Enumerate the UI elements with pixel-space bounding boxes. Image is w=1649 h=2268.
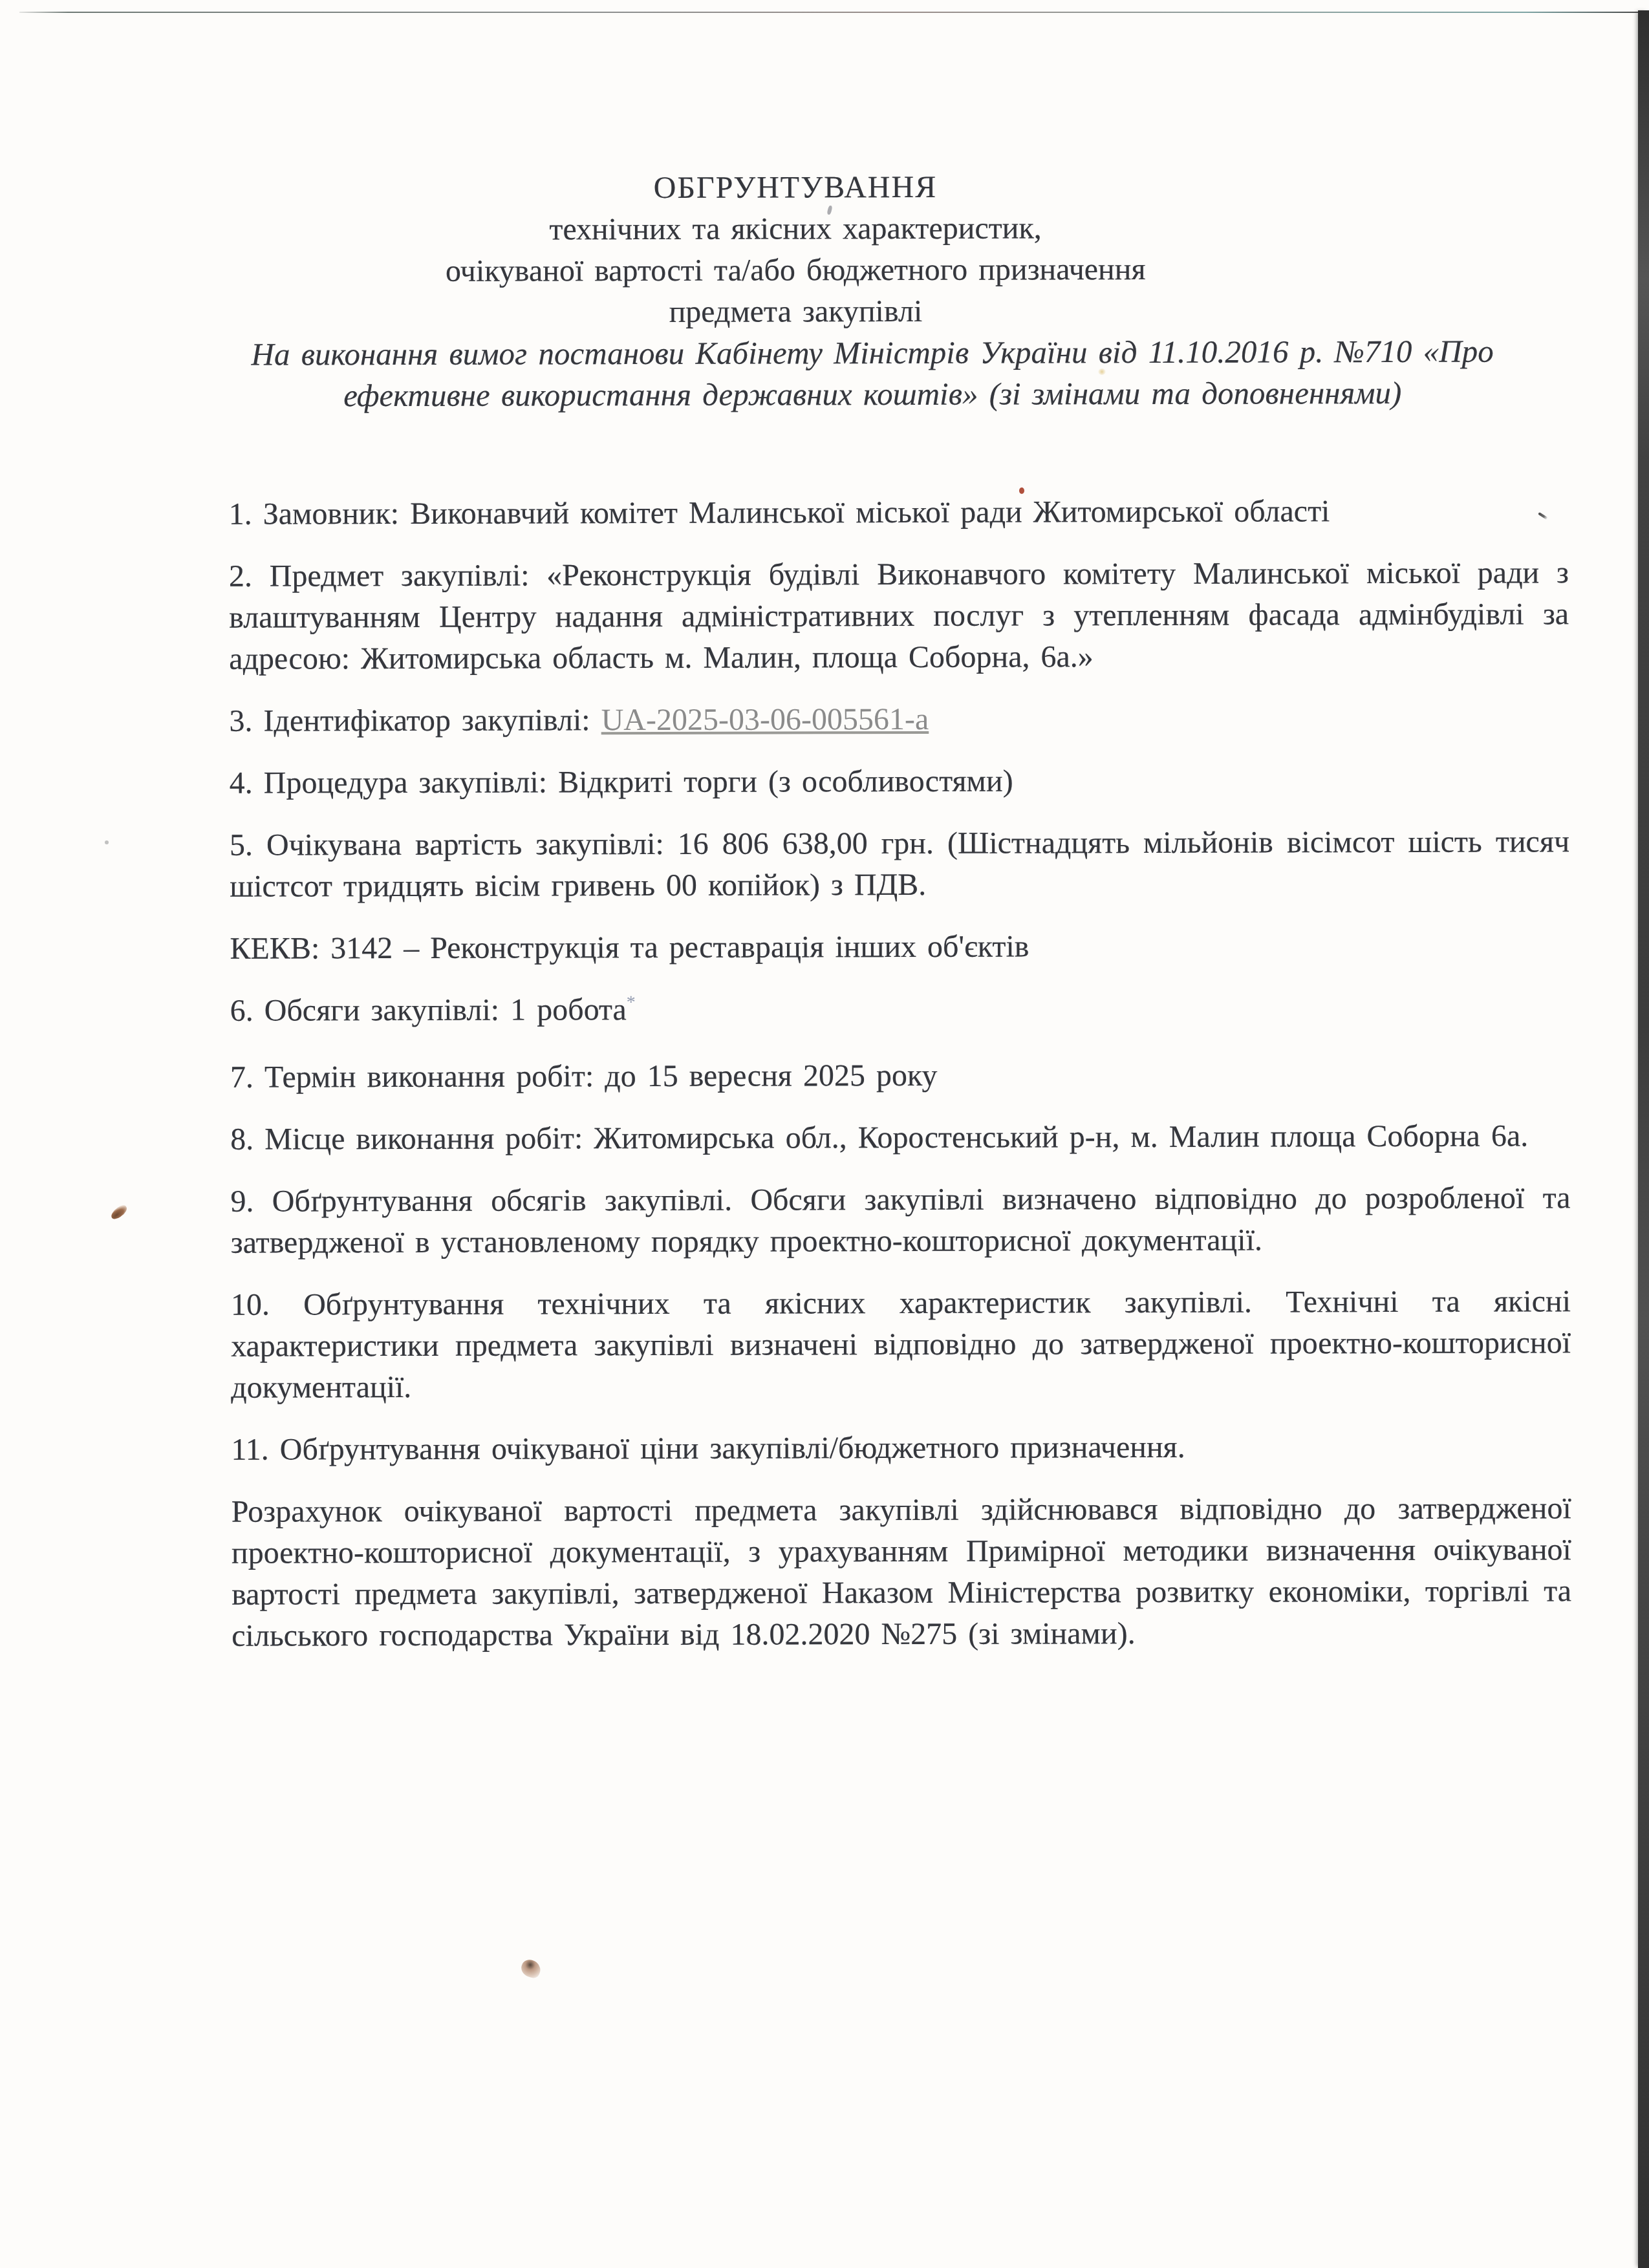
paragraph-9-scope-justification: 9. Обґрунтування обсягів закупівлі. Обся… <box>230 1177 1570 1263</box>
document-content: ОБГРУНТУВАННЯ технічних та якісних харак… <box>228 0 1572 1657</box>
paragraph-6-scope: 6. Обсяги закупівлі: 1 робота* <box>230 987 1570 1036</box>
paragraph-3-identifier: 3. Ідентифікатор закупівлі: UA-2025-03-0… <box>229 697 1569 742</box>
paragraph-5-expected-value: 5. Очікувана вартість закупівлі: 16 806 … <box>230 821 1569 907</box>
paragraph-11-price-justification: 11. Обґрунтування очікуваної ціни закупі… <box>231 1426 1571 1470</box>
paragraph-1-customer: 1. Замовник: Виконавчий комітет Малинськ… <box>229 490 1569 535</box>
title-line-2: технічних та якісних характеристик, <box>228 207 1363 251</box>
scan-artifact-tan-speck <box>519 1958 543 1980</box>
epigraph-line-2: ефективне використання державних коштів»… <box>202 372 1542 416</box>
scope-text: 6. Обсяги закупівлі: 1 робота <box>230 992 627 1028</box>
procurement-id-link[interactable]: UA-2025-03-06-005561-a <box>601 702 929 737</box>
title-line-1: ОБГРУНТУВАННЯ <box>228 166 1363 210</box>
epigraph: На виконання вимог постанови Кабінету Мі… <box>202 330 1542 416</box>
paragraph-12-calculation: Розрахунок очікуваної вартості предмета … <box>232 1488 1572 1656</box>
document-title-block: ОБГРУНТУВАННЯ технічних та якісних харак… <box>228 166 1363 334</box>
paragraph-10-tech-justification: 10. Обґрунтування технічних та якісних х… <box>231 1281 1571 1408</box>
paragraph-8-location: 8. Місце виконання робіт: Житомирська об… <box>230 1115 1570 1160</box>
identifier-label: 3. Ідентифікатор закупівлі: <box>229 703 601 738</box>
epigraph-line-1: На виконання вимог постанови Кабінету Мі… <box>202 330 1542 375</box>
scan-artifact-asterisk: * <box>627 982 636 1023</box>
paragraph-4-procedure: 4. Процедура закупівлі: Відкриті торги (… <box>230 759 1569 804</box>
title-line-4: предмета закупівлі <box>228 290 1363 334</box>
scan-edge-right-bar <box>1638 10 1649 2268</box>
title-line-3: очікуваної вартості та/або бюджетного пр… <box>228 248 1363 293</box>
scanned-document-page: ОБГРУНТУВАННЯ технічних та якісних харак… <box>0 0 1649 2268</box>
scan-artifact-brown-speck <box>109 1203 129 1221</box>
paragraph-2-subject: 2. Предмет закупівлі: «Реконструкція буд… <box>229 552 1569 679</box>
paragraph-7-deadline: 7. Термін виконання робіт: до 15 вересня… <box>230 1053 1570 1098</box>
paragraph-kekv: КЕКВ: 3142 – Реконструкція та реставраці… <box>230 925 1569 969</box>
scan-artifact-gray-dot <box>105 840 109 844</box>
